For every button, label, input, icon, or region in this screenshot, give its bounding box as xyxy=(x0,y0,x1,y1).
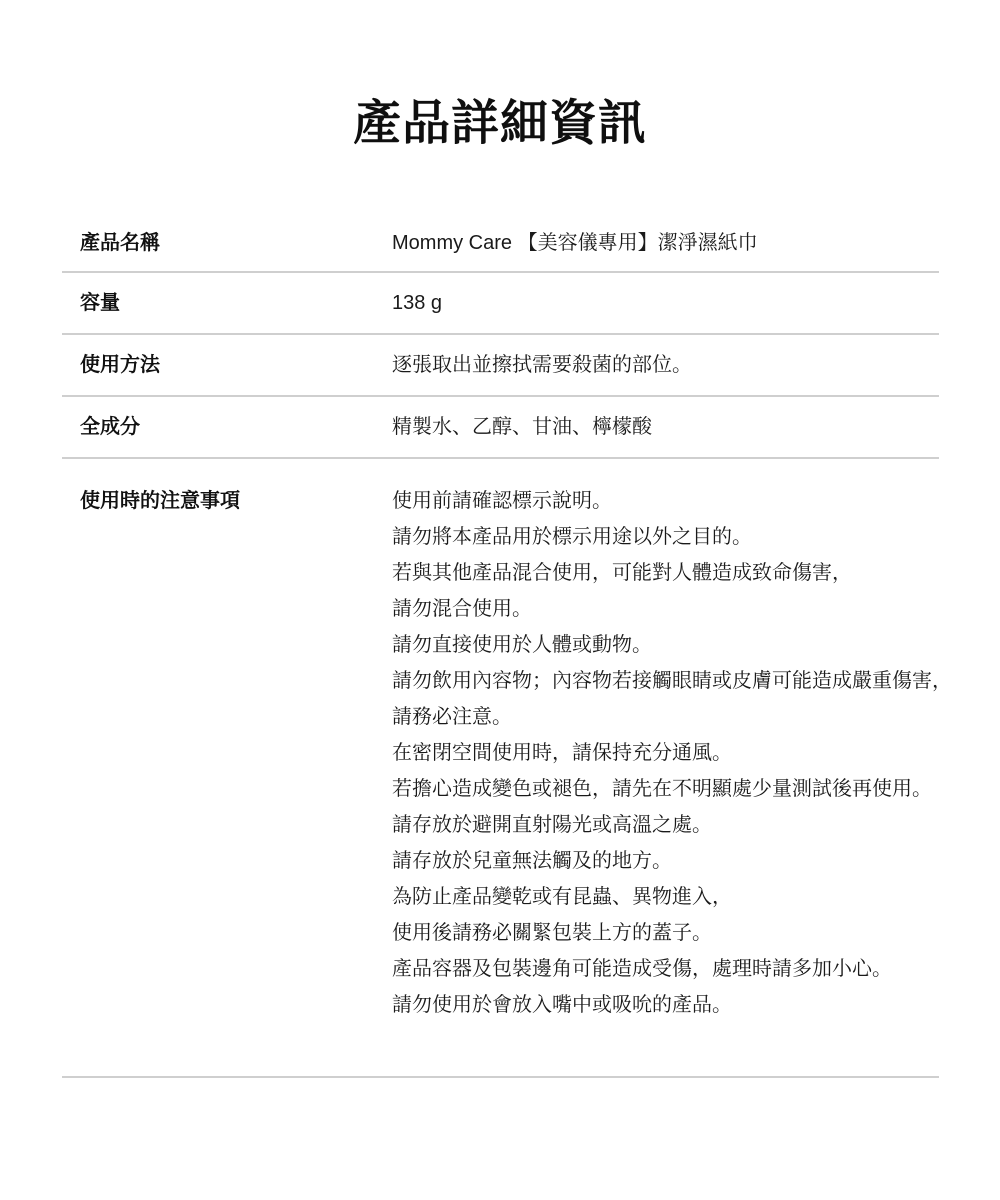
table-row-capacity: 容量 138 g xyxy=(62,273,939,335)
note-line: 使用後請務必關緊包裝上方的蓋子。 xyxy=(392,915,952,951)
note-line: 請務必注意。 xyxy=(392,699,952,735)
note-line: 請勿混合使用。 xyxy=(392,591,952,627)
row-value: 精製水、乙醇、甘油、檸檬酸 xyxy=(392,414,939,440)
spec-table: 產品名稱 Mommy Care 【美容儀專用】潔淨濕紙巾 容量 138 g 使用… xyxy=(62,215,939,1078)
note-line: 請勿直接使用於人體或動物。 xyxy=(392,627,952,663)
table-row-usage: 使用方法 逐張取出並擦拭需要殺菌的部位。 xyxy=(62,335,939,397)
note-line: 請勿飲用內容物；內容物若接觸眼睛或皮膚可能造成嚴重傷害， xyxy=(392,663,952,699)
table-row-product-name: 產品名稱 Mommy Care 【美容儀專用】潔淨濕紙巾 xyxy=(62,215,939,273)
table-row-ingredients: 全成分 精製水、乙醇、甘油、檸檬酸 xyxy=(62,397,939,459)
note-line: 請存放於兒童無法觸及的地方。 xyxy=(392,843,952,879)
precautions-list: 使用前請確認標示說明。 請勿將本產品用於標示用途以外之目的。 若與其他產品混合使… xyxy=(392,483,952,1023)
row-value: 逐張取出並擦拭需要殺菌的部位。 xyxy=(392,352,939,378)
note-line: 若擔心造成變色或褪色，請先在不明顯處少量測試後再使用。 xyxy=(392,771,952,807)
row-value: 138 g xyxy=(392,290,939,316)
page-title: 產品詳細資訊 xyxy=(0,0,1000,156)
note-line: 請勿使用於會放入嘴中或吸吮的產品。 xyxy=(392,987,952,1023)
row-label: 使用時的注意事項 xyxy=(80,483,392,519)
note-line: 產品容器及包裝邊角可能造成受傷，處理時請多加小心。 xyxy=(392,951,952,987)
table-row-precautions: 使用時的注意事項 使用前請確認標示說明。 請勿將本產品用於標示用途以外之目的。 … xyxy=(62,459,939,1078)
note-line: 請勿將本產品用於標示用途以外之目的。 xyxy=(392,519,952,555)
row-label: 產品名稱 xyxy=(80,230,392,256)
row-label: 容量 xyxy=(80,290,392,316)
note-line: 使用前請確認標示說明。 xyxy=(392,483,952,519)
product-detail-page: 產品詳細資訊 產品名稱 Mommy Care 【美容儀專用】潔淨濕紙巾 容量 1… xyxy=(0,0,1000,1200)
row-label: 全成分 xyxy=(80,414,392,440)
row-value: Mommy Care 【美容儀專用】潔淨濕紙巾 xyxy=(392,230,939,256)
row-label: 使用方法 xyxy=(80,352,392,378)
note-line: 若與其他產品混合使用，可能對人體造成致命傷害， xyxy=(392,555,952,591)
note-line: 為防止產品變乾或有昆蟲、異物進入， xyxy=(392,879,952,915)
note-line: 在密閉空間使用時，請保持充分通風。 xyxy=(392,735,952,771)
note-line: 請存放於避開直射陽光或高溫之處。 xyxy=(392,807,952,843)
